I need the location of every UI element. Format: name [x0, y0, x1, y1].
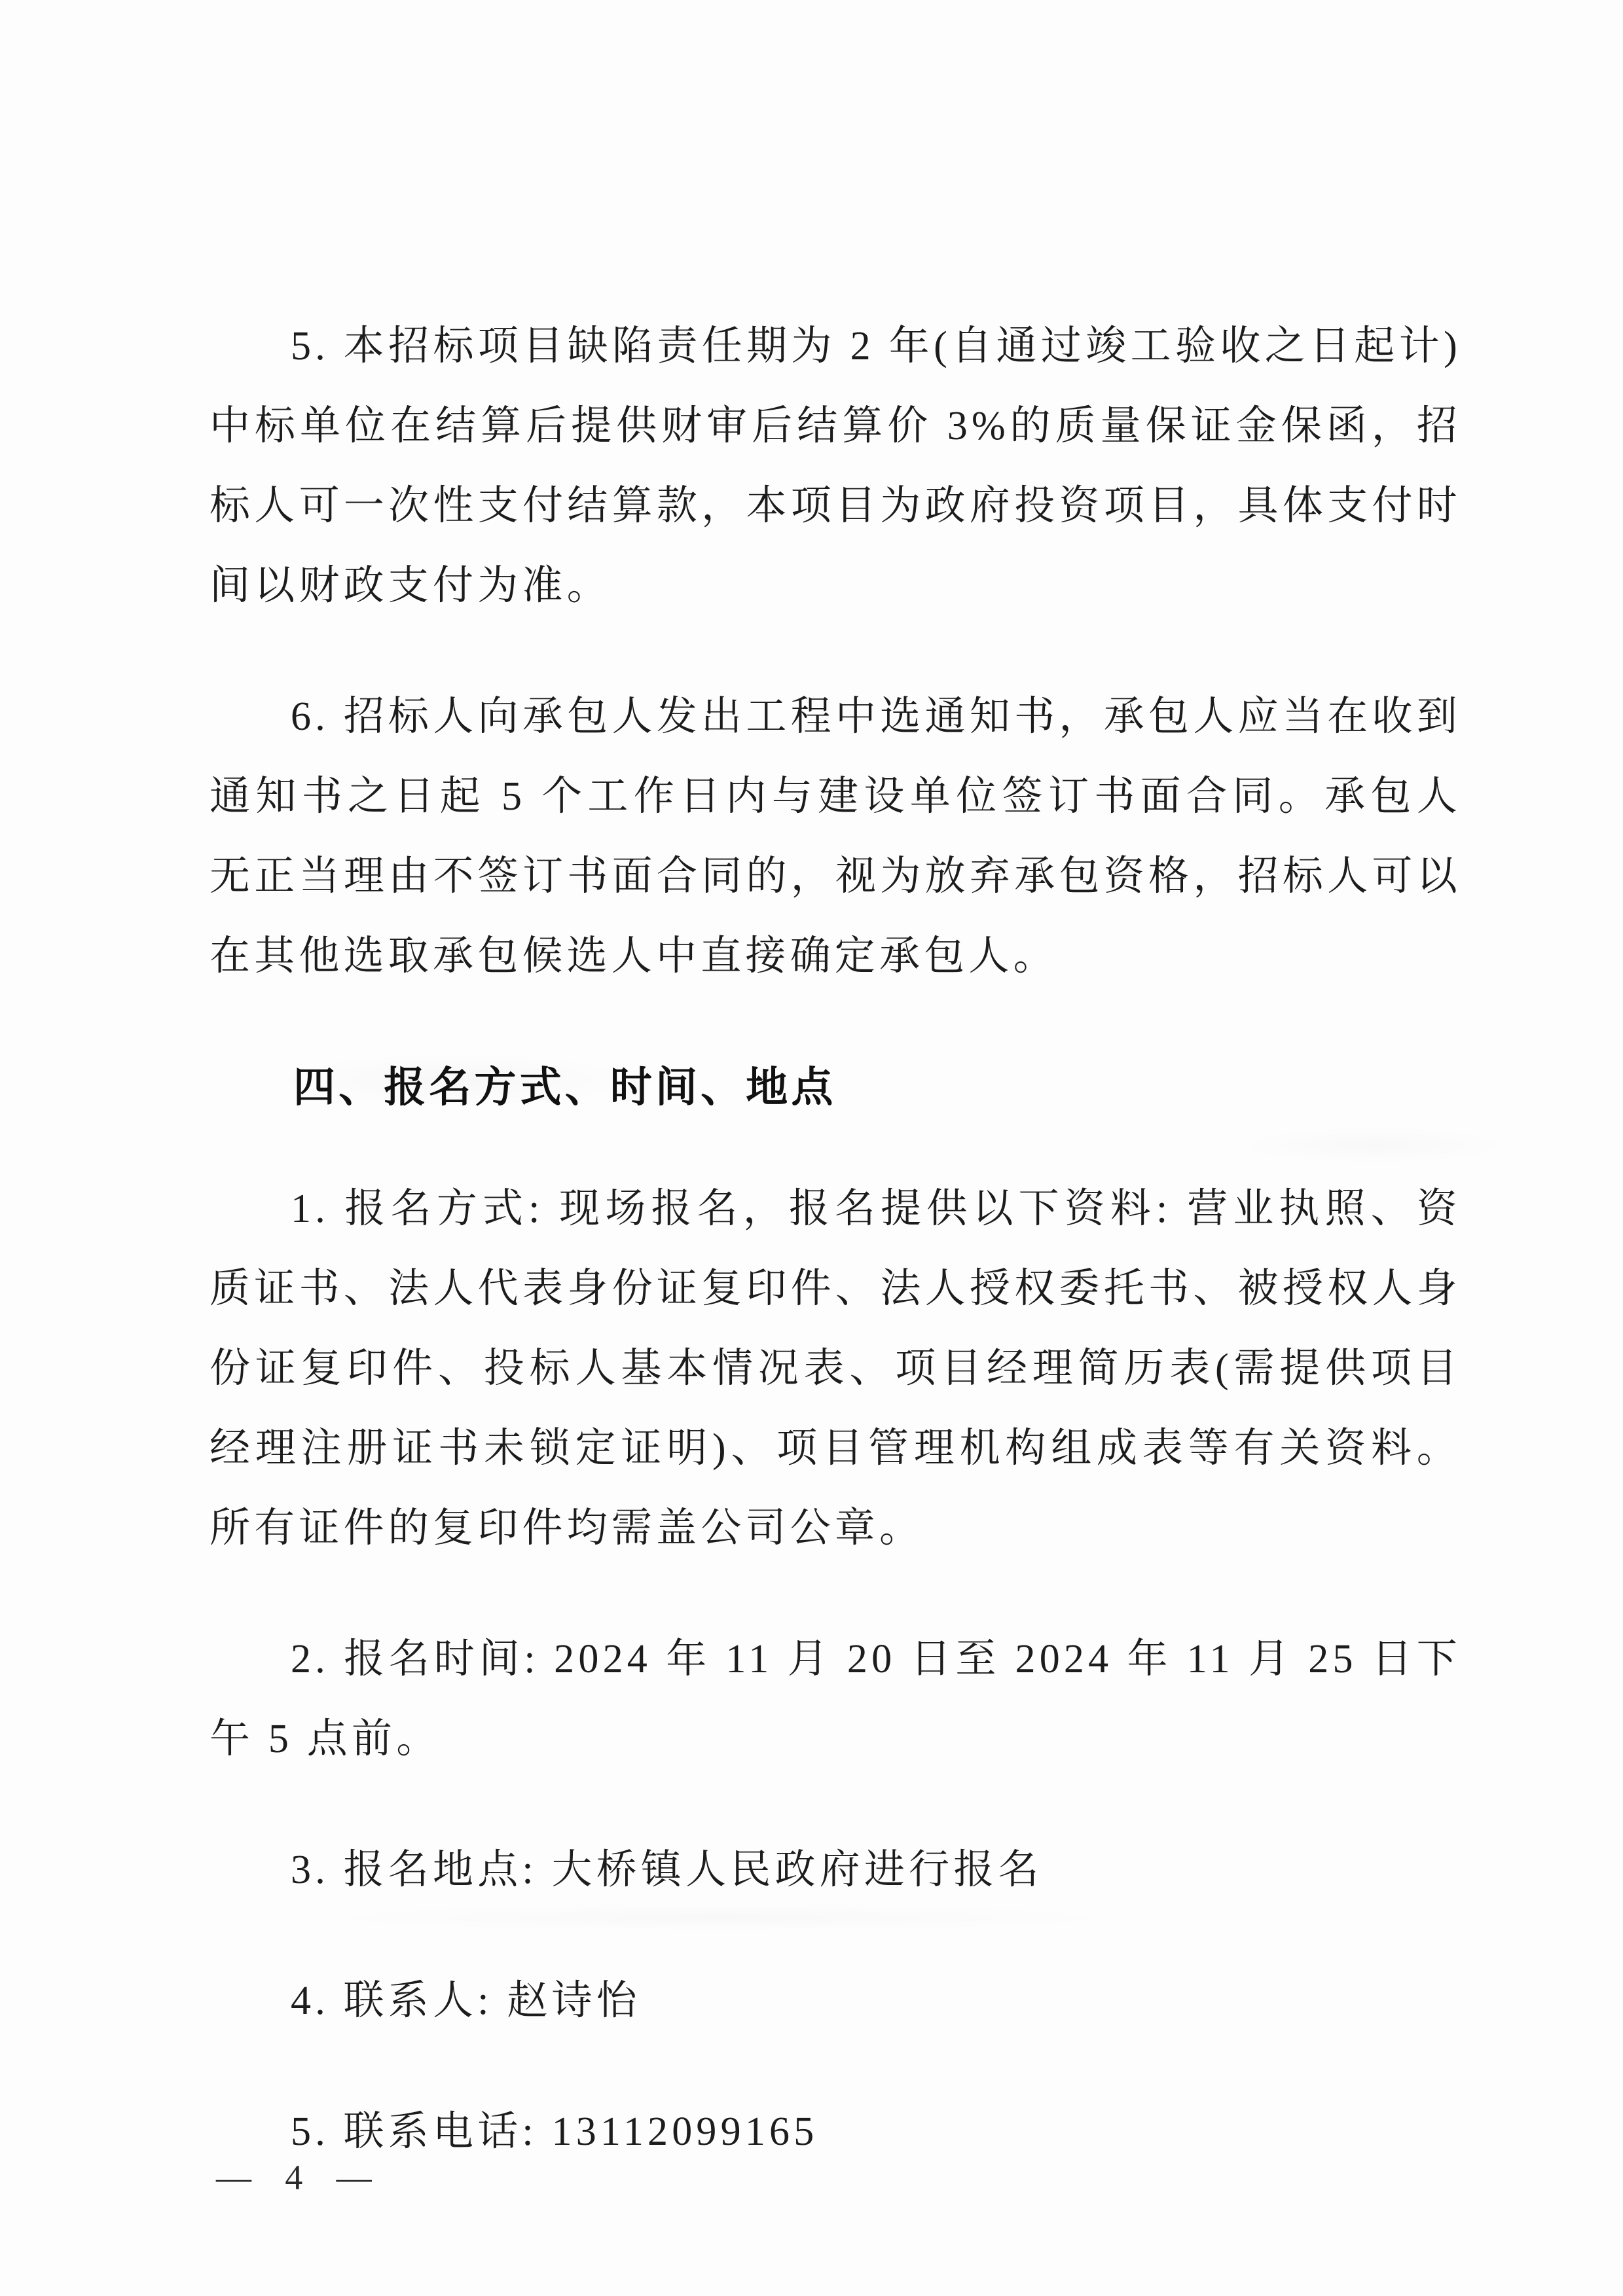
contact-person-item: 4. 联系人: 赵诗怡 — [210, 1961, 1461, 2041]
clause-item-5: 5. 本招标项目缺陷责任期为 2 年(自通过竣工验收之日起计)中标单位在结算后提… — [210, 306, 1461, 626]
section-four-heading: 四、报名方式、时间、地点 — [210, 1047, 1461, 1127]
signup-location-item: 3. 报名地点: 大桥镇人民政府进行报名 — [210, 1830, 1461, 1910]
signup-method-item: 1. 报名方式: 现场报名，报名提供以下资料: 营业执照、资质证书、法人代表身份… — [210, 1169, 1461, 1568]
contact-phone-item: 5. 联系电话: 13112099165 — [210, 2092, 1461, 2172]
signup-time-item: 2. 报名时间: 2024 年 11 月 20 日至 2024 年 11 月 2… — [210, 1619, 1461, 1779]
document-content: 5. 本招标项目缺陷责任期为 2 年(自通过竣工验收之日起计)中标单位在结算后提… — [210, 306, 1461, 2223]
clause-item-6: 6. 招标人向承包人发出工程中选通知书，承包人应当在收到通知书之日起 5 个工作… — [210, 677, 1461, 996]
page-number: — 4 — — [216, 2157, 384, 2198]
document-page: 5. 本招标项目缺陷责任期为 2 年(自通过竣工验收之日起计)中标单位在结算后提… — [0, 0, 1623, 2296]
